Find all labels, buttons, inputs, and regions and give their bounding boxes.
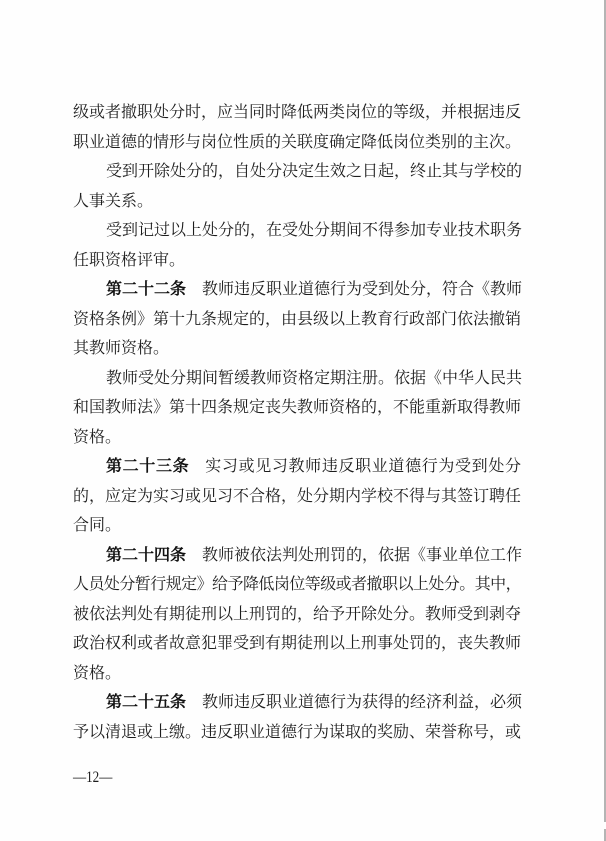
article-heading: 第二十二条	[106, 279, 186, 298]
paragraph: 受到记过以上处分的，在受处分期间不得参加专业技术职务 任职资格评审。	[73, 215, 521, 274]
text-line: 职业道德的情形与岗位性质的关联度确定降低岗位类别的主次。	[73, 127, 521, 157]
text-line: 政治权利或者故意犯罪受到有期徒刑以上刑事处罚的，丧失教师	[73, 628, 521, 658]
article-text: 教师违反职业道德行为受到处分，符合《教师	[202, 279, 522, 298]
article-25-paragraph: 第二十五条教师违反职业道德行为获得的经济利益，必须 予以清退或上缴。违反职业道德…	[73, 687, 521, 746]
text-line: 和国教师法》第十四条规定丧失教师资格的，不能重新取得教师	[73, 392, 521, 422]
text-line: 第二十四条教师被依法判处刑罚的，依据《事业单位工作	[73, 540, 521, 570]
paragraph: 级或者撤职处分时，应当同时降低两类岗位的等级，并根据违反 职业道德的情形与岗位性…	[73, 97, 521, 156]
text-line: 第二十五条教师违反职业道德行为获得的经济利益，必须	[73, 687, 521, 717]
paragraph: 教师受处分期间暂缓教师资格定期注册。依据《中华人民共 和国教师法》第十四条规定丧…	[73, 363, 521, 452]
document-page: 级或者撤职处分时，应当同时降低两类岗位的等级，并根据违反 职业道德的情形与岗位性…	[0, 0, 606, 841]
text-line: 合同。	[73, 510, 521, 540]
text-line: 第二十三条实习或见习教师违反职业道德行为受到处分	[73, 451, 521, 481]
text-line: 资格。	[73, 422, 521, 452]
paragraph: 受到开除处分的，自处分决定生效之日起，终止其与学校的 人事关系。	[73, 156, 521, 215]
text-line: 人事关系。	[73, 186, 521, 216]
article-heading: 第二十五条	[106, 692, 186, 711]
article-text: 教师违反职业道德行为获得的经济利益，必须	[202, 692, 522, 711]
text-line: 第二十二条教师违反职业道德行为受到处分，符合《教师	[73, 274, 521, 304]
page-number: —12—	[73, 768, 112, 788]
article-22-paragraph: 第二十二条教师违反职业道德行为受到处分，符合《教师 资格条例》第十九条规定的，由…	[73, 274, 521, 363]
text-line: 人员处分暂行规定》给予降低岗位等级或者撤职以上处分。其中，	[73, 569, 521, 599]
text-line: 受到开除处分的，自处分决定生效之日起，终止其与学校的	[73, 156, 521, 186]
article-text: 教师被依法判处刑罚的，依据《事业单位工作	[202, 545, 522, 564]
text-line: 教师受处分期间暂缓教师资格定期注册。依据《中华人民共	[73, 363, 521, 393]
article-heading: 第二十四条	[106, 545, 186, 564]
text-line: 任职资格评审。	[73, 245, 521, 275]
document-body: 级或者撤职处分时，应当同时降低两类岗位的等级，并根据违反 职业道德的情形与岗位性…	[73, 97, 521, 746]
text-line: 级或者撤职处分时，应当同时降低两类岗位的等级，并根据违反	[73, 97, 521, 127]
text-line: 资格。	[73, 658, 521, 688]
text-line: 其教师资格。	[73, 333, 521, 363]
text-line: 受到记过以上处分的，在受处分期间不得参加专业技术职务	[73, 215, 521, 245]
article-heading: 第二十三条	[106, 456, 189, 475]
text-line: 的，应定为实习或见习不合格，处分期内学校不得与其签订聘任	[73, 481, 521, 511]
text-line: 被依法判处有期徒刑以上刑罚的，给予开除处分。教师受到剥夺	[73, 599, 521, 629]
article-text: 实习或见习教师违反职业道德行为受到处分	[205, 456, 521, 475]
text-line: 予以清退或上缴。违反职业道德行为谋取的奖励、荣誉称号，或	[73, 717, 521, 747]
text-line: 资格条例》第十九条规定的，由县级以上教育行政部门依法撤销	[73, 304, 521, 334]
article-23-paragraph: 第二十三条实习或见习教师违反职业道德行为受到处分 的，应定为实习或见习不合格，处…	[73, 451, 521, 540]
article-24-paragraph: 第二十四条教师被依法判处刑罚的，依据《事业单位工作 人员处分暂行规定》给予降低岗…	[73, 540, 521, 688]
